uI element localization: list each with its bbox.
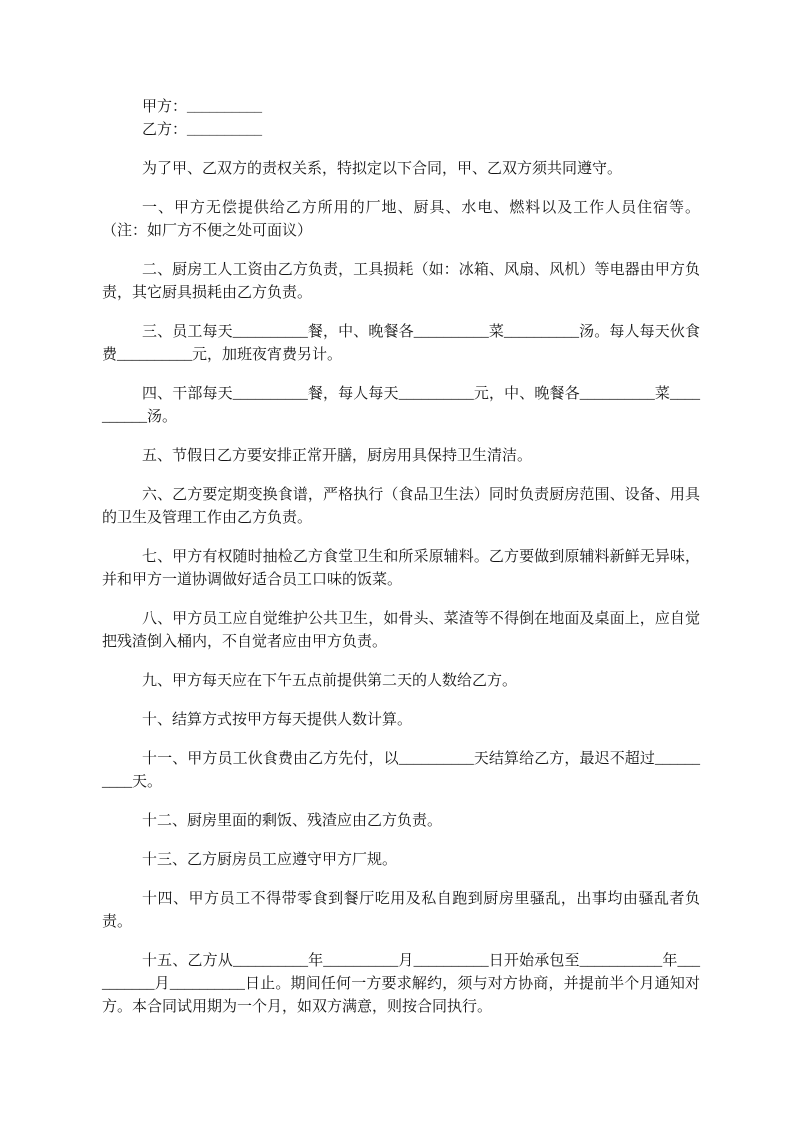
clause-2: 二、厨房工人工资由乙方负责，工具损耗（如：冰箱、风扇、风机）等电器由甲方负责，其… xyxy=(102,259,700,305)
party-a-label: 甲方： xyxy=(142,99,187,115)
clause-15: 十五、乙方从__________年__________月__________日开… xyxy=(102,950,700,1019)
clause-3: 三、员工每天__________餐，中、晚餐各__________菜______… xyxy=(102,321,700,367)
preamble: 为了甲、乙双方的责权关系，特拟定以下合同，甲、乙双方须共同遵守。 xyxy=(102,158,700,181)
clause-5: 五、节假日乙方要安排正常开膳，厨房用具保持卫生清洁。 xyxy=(102,445,700,468)
clause-13: 十三、乙方厨房员工应遵守甲方厂规。 xyxy=(102,849,700,872)
clause-11: 十一、甲方员工伙食费由乙方先付，以__________天结算给乙方，最迟不超过_… xyxy=(102,748,700,794)
party-a-blank: __________ xyxy=(187,99,262,115)
party-b-line: 乙方：__________ xyxy=(102,119,700,142)
clause-9: 九、甲方每天应在下午五点前提供第二天的人数给乙方。 xyxy=(102,670,700,693)
clause-1: 一、甲方无偿提供给乙方所用的厂地、厨具、水电、燃料以及工作人员住宿等。（注：如厂… xyxy=(102,197,700,243)
contract-page: 甲方：__________ 乙方：__________ 为了甲、乙双方的责权关系… xyxy=(0,0,800,1132)
clause-12: 十二、厨房里面的剩饭、残渣应由乙方负责。 xyxy=(102,810,700,833)
clause-4: 四、干部每天__________餐，每人每天__________元，中、晚餐各_… xyxy=(102,383,700,429)
party-a-line: 甲方：__________ xyxy=(102,96,700,119)
party-b-label: 乙方： xyxy=(142,122,187,138)
clause-7: 七、甲方有权随时抽检乙方食堂卫生和所采原辅料。乙方要做到原辅料新鲜无异味，并和甲… xyxy=(102,546,700,592)
clause-14: 十四、甲方员工不得带零食到餐厅吃用及私自跑到厨房里骚乱，出事均由骚乱者负责。 xyxy=(102,888,700,934)
clause-10: 十、结算方式按甲方每天提供人数计算。 xyxy=(102,709,700,732)
clause-8: 八、甲方员工应自觉维护公共卫生，如骨头、菜渣等不得倒在地面及桌面上，应自觉把残渣… xyxy=(102,608,700,654)
party-b-blank: __________ xyxy=(187,122,262,138)
clause-6: 六、乙方要定期变换食谱，严格执行（食品卫生法）同时负责厨房范围、设备、用具的卫生… xyxy=(102,484,700,530)
